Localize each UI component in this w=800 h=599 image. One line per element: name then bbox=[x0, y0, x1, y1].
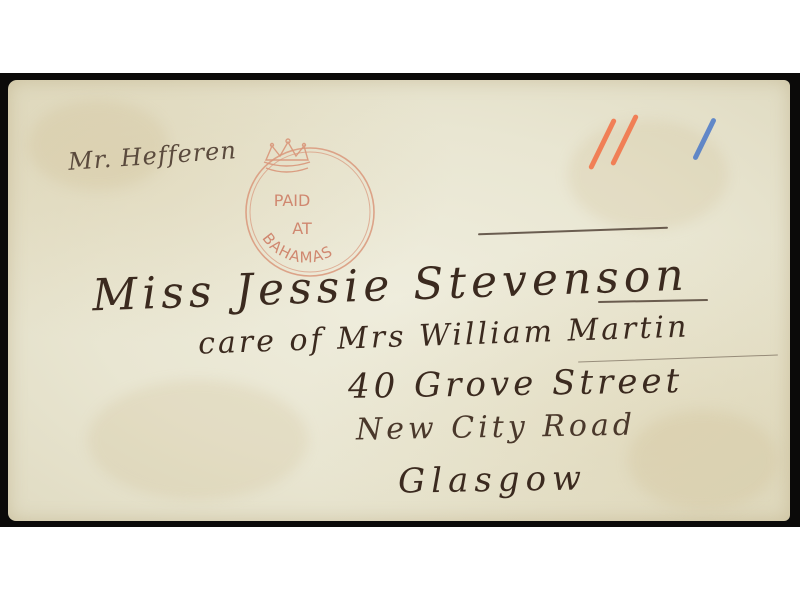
address-line-city: Glasgow bbox=[398, 458, 588, 501]
postmark-line-at: AT bbox=[292, 219, 312, 238]
postmark-paid-at-bahamas: PAID AT BAHAMAS bbox=[236, 138, 376, 278]
paper-stain bbox=[628, 410, 778, 510]
address-line-street: 40 Grove Street bbox=[348, 361, 684, 407]
address-line-care-of: care of Mrs William Martin bbox=[198, 309, 690, 361]
address-line-road: New City Road bbox=[356, 408, 637, 448]
envelope: Mr. Hefferen PAID AT BAHAMAS Miss Jessie… bbox=[8, 80, 790, 521]
address-line-recipient: Miss Jessie Stevenson bbox=[91, 250, 689, 322]
paper-stain bbox=[88, 380, 308, 500]
postmark-line-paid: PAID bbox=[274, 191, 311, 210]
flourish-stroke bbox=[478, 227, 668, 236]
